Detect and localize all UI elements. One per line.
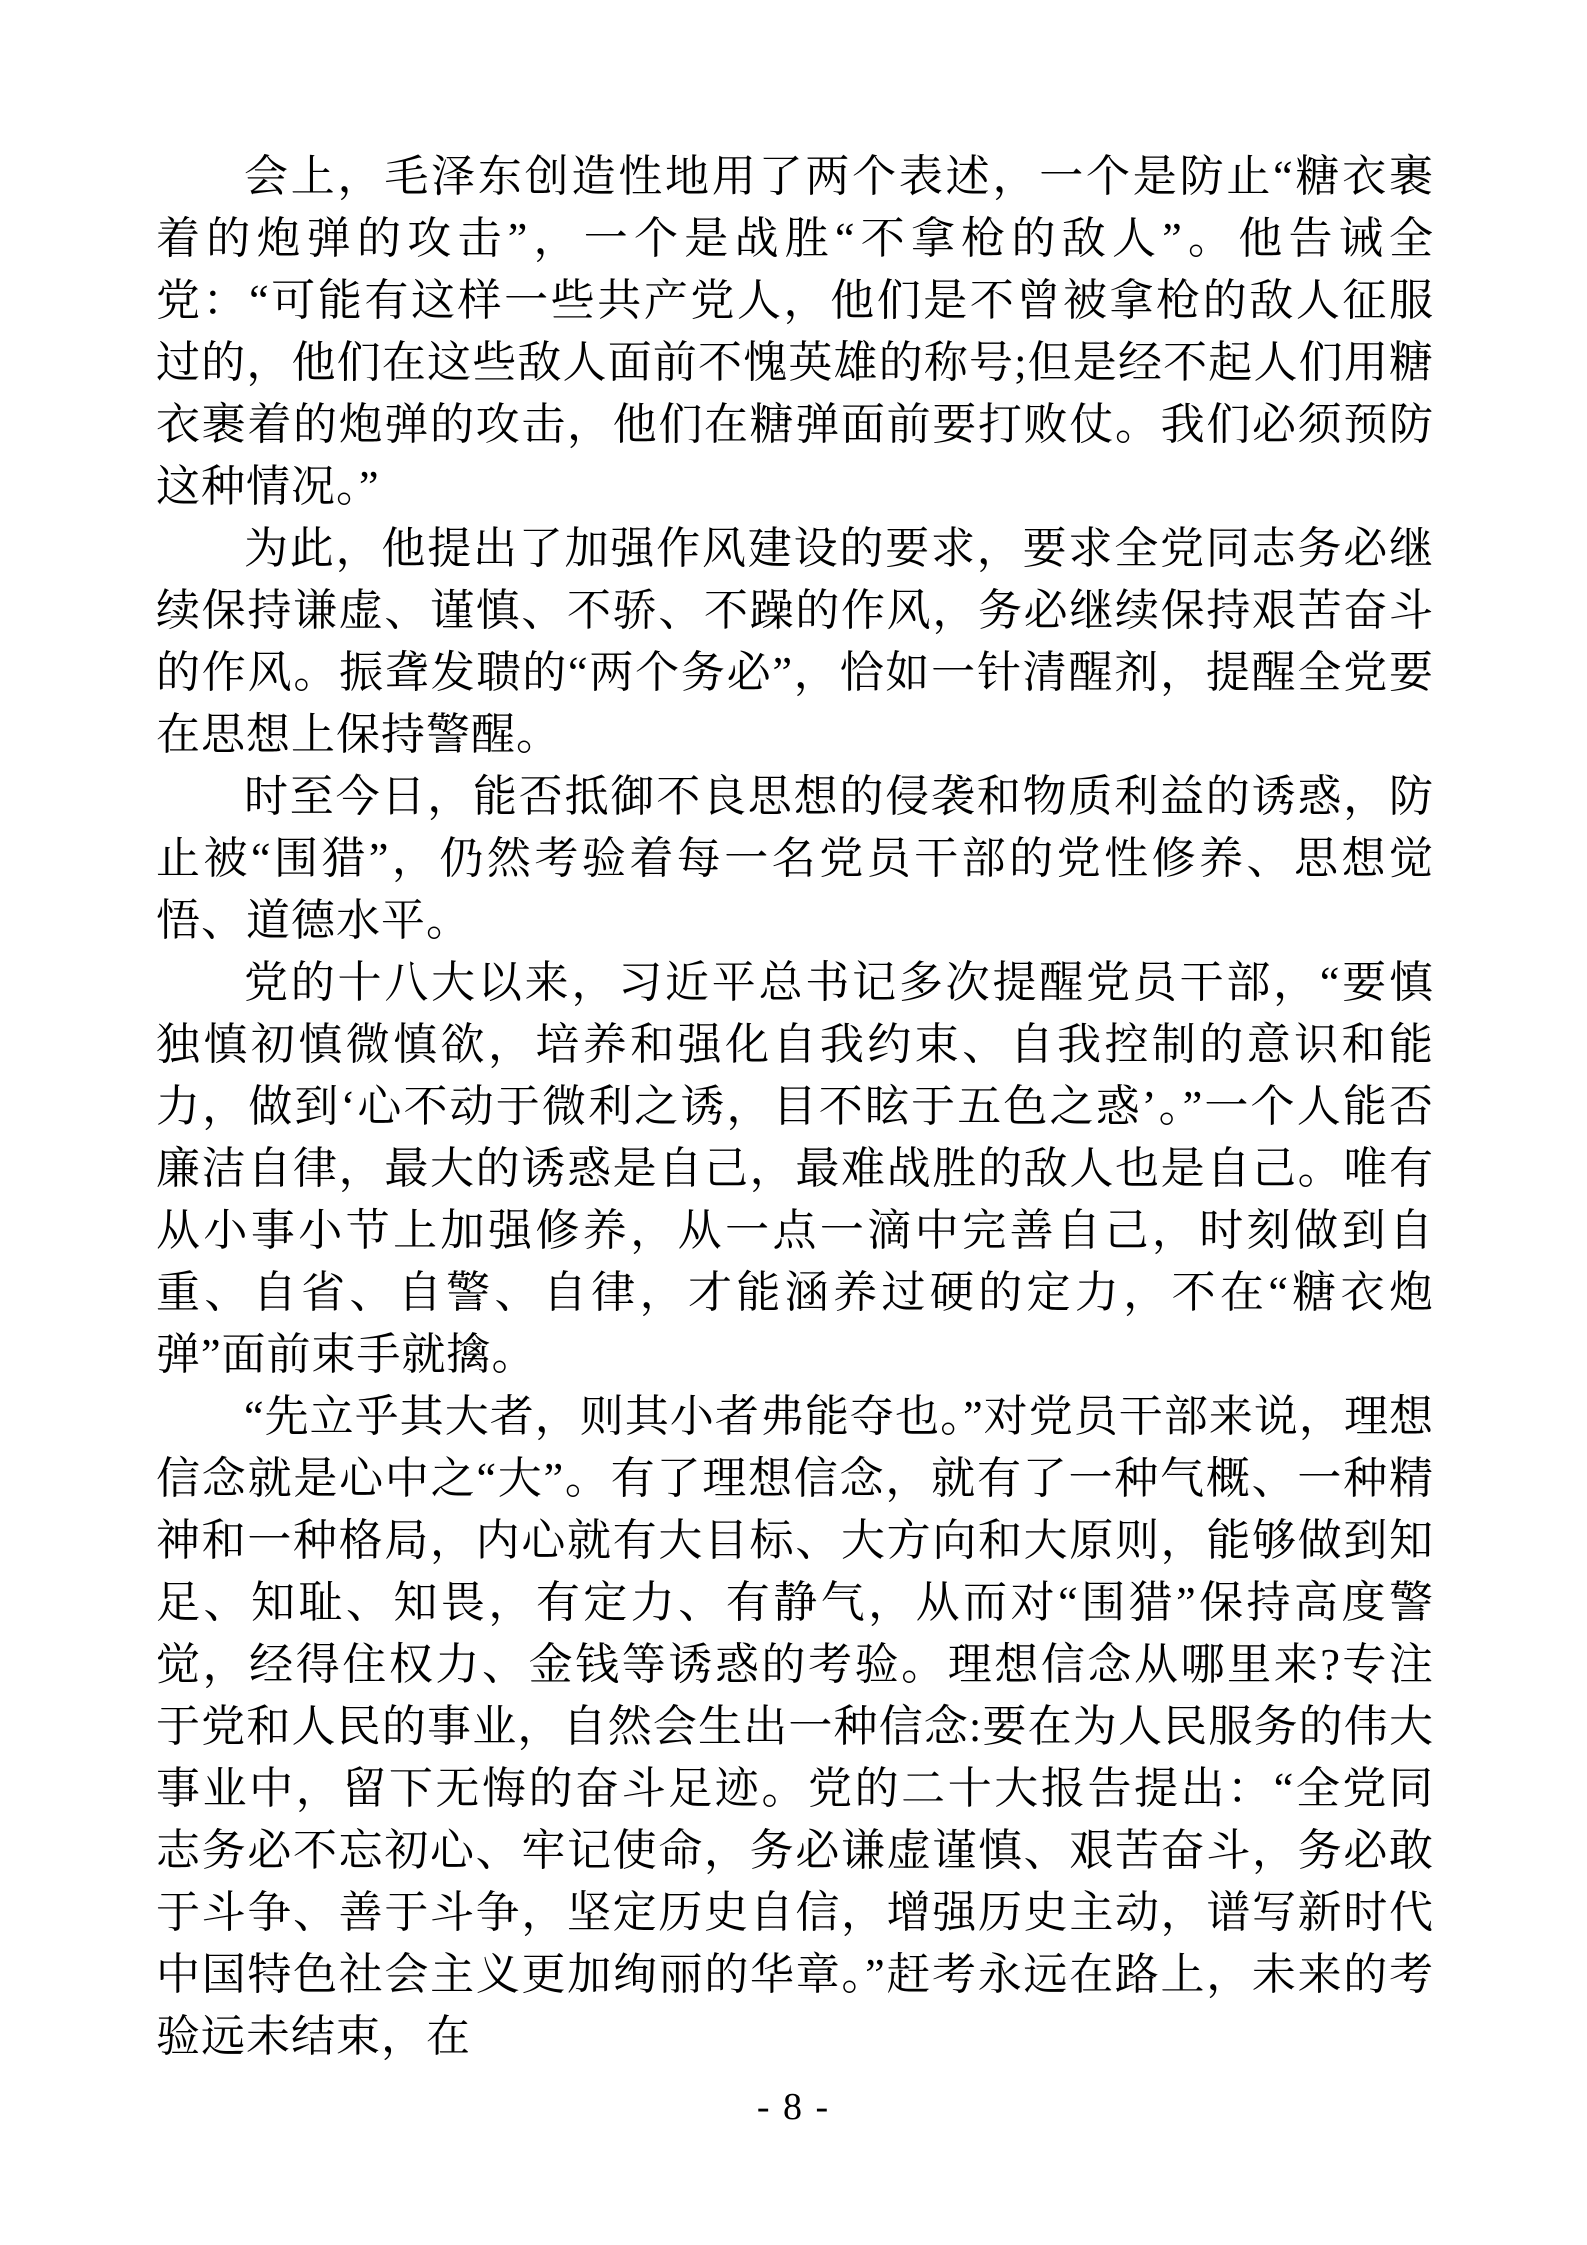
paragraph: 会上，毛泽东创造性地用了两个表述，一个是防止“糖衣裹着的炮弹的攻击”，一个是战胜… bbox=[156, 146, 1434, 518]
paragraph: 时至今日，能否抵御不良思想的侵袭和物质利益的诱惑，防止被“围猎”，仍然考验着每一… bbox=[156, 766, 1434, 952]
paragraph: 为此，他提出了加强作风建设的要求，要求全党同志务必继续保持谦虚、谨慎、不骄、不躁… bbox=[156, 518, 1434, 766]
page-number: - 8 - bbox=[0, 2083, 1587, 2131]
document-text-block: 会上，毛泽东创造性地用了两个表述，一个是防止“糖衣裹着的炮弹的攻击”，一个是战胜… bbox=[156, 146, 1434, 2068]
document-page: 会上，毛泽东创造性地用了两个表述，一个是防止“糖衣裹着的炮弹的攻击”，一个是战胜… bbox=[0, 0, 1587, 2245]
paragraph: 党的十八大以来，习近平总书记多次提醒党员干部，“要慎独慎初慎微慎欲，培养和强化自… bbox=[156, 952, 1434, 1386]
paragraph: “先立乎其大者，则其小者弗能夺也。”对党员干部来说，理想信念就是心中之“大”。有… bbox=[156, 1386, 1434, 2068]
